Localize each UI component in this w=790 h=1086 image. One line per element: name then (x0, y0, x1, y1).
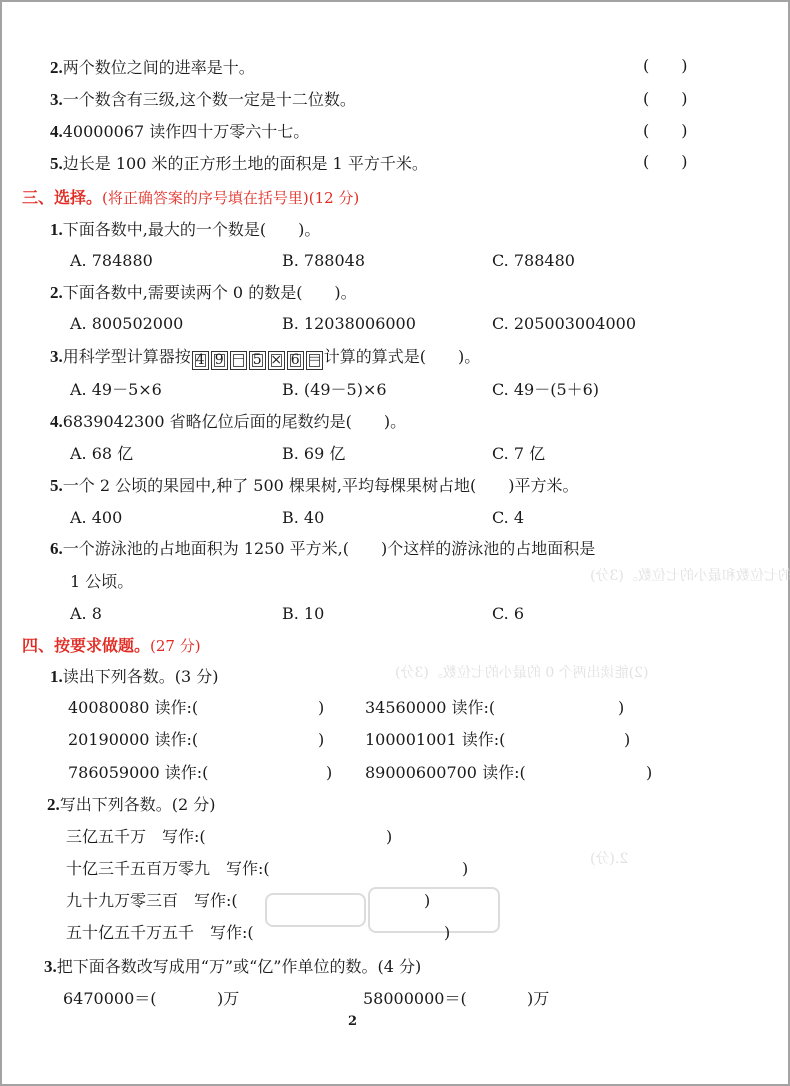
question-number: 3. (50, 347, 63, 366)
section-heading-choice: 三、选择。(将正确答案的序号填在括号里)(12 分) (22, 187, 359, 209)
question-number: 3. (44, 957, 57, 976)
option-b[interactable]: B. 788048 (282, 250, 365, 272)
judgement-item: 3.一个数含有三级,这个数一定是十二位数。 (50, 89, 356, 111)
item-number: 3. (50, 90, 63, 109)
calculator-key-4: 4 (192, 351, 209, 370)
answer-blank-close[interactable]: ) (386, 826, 392, 848)
read-number-item: 100001001 读作:( (365, 729, 505, 751)
answer-blank-close[interactable]: )万 (527, 988, 549, 1010)
bleed-through-speech-bubble (368, 887, 500, 933)
option-c[interactable]: C. 7 亿 (492, 443, 545, 465)
item-text: 边长是 100 米的正方形土地的面积是 1 平方千米。 (63, 154, 428, 173)
section-title: 四、按要求做题。 (22, 636, 150, 655)
item-text: 一个数含有三级,这个数一定是十二位数。 (63, 90, 356, 109)
task-question: 3.把下面各数改写成用“万”或“亿”作单位的数。(4 分) (44, 956, 421, 978)
calculator-key-9: 9 (211, 351, 228, 370)
answer-bracket[interactable]: ( ) (643, 151, 688, 173)
option-b[interactable]: B. 40 (282, 507, 324, 529)
calculator-key-minus: － (230, 351, 247, 370)
answer-blank-close[interactable]: ) (318, 729, 324, 751)
read-number-item: 786059000 读作:( (68, 762, 208, 784)
section-heading-tasks: 四、按要求做题。(27 分) (22, 635, 201, 657)
question-text: 一个 2 公顷的果园中,种了 500 棵果树,平均每棵果树占地( )平方米。 (63, 476, 579, 495)
option-b[interactable]: B. 69 亿 (282, 443, 345, 465)
option-a[interactable]: A. 68 亿 (70, 443, 133, 465)
question-number: 6. (50, 539, 63, 558)
calculator-key-equals: ＝ (306, 351, 323, 370)
choice-question: 2.下面各数中,需要读两个 0 的数是( )。 (50, 282, 357, 304)
question-text: 一个游泳池的占地面积为 1250 平方米,( )个这样的游泳池的占地面积是 (63, 539, 595, 558)
calculator-key-multiply: × (268, 351, 285, 370)
item-number: 5. (50, 154, 63, 173)
answer-blank-close[interactable]: ) (646, 762, 652, 784)
option-c[interactable]: C. 49－(5＋6) (492, 379, 599, 401)
read-number-item: 89000600700 读作:( (365, 762, 526, 784)
question-number: 4. (50, 412, 63, 431)
write-number-item: 九十九万零三百 写作:( (66, 890, 238, 912)
section-note: (27 分) (150, 637, 201, 655)
question-text: 写出下列各数。(2 分) (60, 795, 216, 814)
read-number-item: 34560000 读作:( (365, 697, 495, 719)
question-number: 1. (50, 667, 63, 686)
write-number-item: 三亿五千万 写作:( (66, 826, 206, 848)
question-text: 计算的算式是( )。 (324, 347, 481, 366)
write-number-item: 十亿三千五百万零九 写作:( (66, 858, 270, 880)
question-text: 读出下列各数。(3 分) (63, 667, 219, 686)
item-text: 两个数位之间的进率是十。 (63, 58, 255, 77)
question-text-continued: 1 公顷。 (70, 571, 133, 593)
answer-bracket[interactable]: ( ) (643, 88, 688, 110)
option-a[interactable]: A. 8 (70, 603, 102, 625)
option-a[interactable]: A. 800502000 (70, 313, 183, 335)
task-question: 1.读出下列各数。(3 分) (50, 666, 219, 688)
write-number-item: 五十亿五千万五千 写作:( (66, 922, 254, 944)
page-number: 2 (348, 1014, 357, 1029)
bleed-through-text: (1)最大的七位数和最小的七位数。(3分) (590, 565, 790, 585)
section-title: 三、选择。 (22, 188, 102, 207)
answer-blank-close[interactable]: ) (318, 697, 324, 719)
answer-bracket[interactable]: ( ) (643, 55, 688, 77)
answer-blank-close[interactable]: )万 (217, 988, 239, 1010)
option-b[interactable]: B. 12038006000 (282, 313, 416, 335)
rewrite-unit-item: 58000000＝( (363, 988, 467, 1010)
item-number: 4. (50, 122, 63, 141)
answer-blank-close[interactable]: ) (618, 697, 624, 719)
bleed-through-box (265, 893, 366, 927)
choice-question: 6.一个游泳池的占地面积为 1250 平方米,( )个这样的游泳池的占地面积是 (50, 538, 595, 560)
option-a[interactable]: A. 49－5×6 (70, 379, 162, 401)
section-note: (将正确答案的序号填在括号里)(12 分) (102, 189, 359, 207)
answer-bracket[interactable]: ( ) (643, 120, 688, 142)
bleed-through-text: (2)能读出两个 0 的最小的七位数。(3分) (395, 662, 648, 682)
question-number: 5. (50, 476, 63, 495)
judgement-item: 4.40000067 读作四十万零六十七。 (50, 121, 309, 143)
choice-question: 1.下面各数中,最大的一个数是( )。 (50, 219, 320, 241)
question-text: 6839042300 省略亿位后面的尾数约是( )。 (63, 412, 406, 431)
item-text: 40000067 读作四十万零六十七。 (63, 122, 310, 141)
question-number: 2. (47, 795, 60, 814)
option-c[interactable]: C. 4 (492, 507, 524, 529)
item-number: 2. (50, 58, 63, 77)
judgement-item: 5.边长是 100 米的正方形土地的面积是 1 平方千米。 (50, 153, 428, 175)
judgement-item: 2.两个数位之间的进率是十。 (50, 57, 255, 79)
question-text: 下面各数中,最大的一个数是( )。 (63, 220, 321, 239)
question-text: 把下面各数改写成用“万”或“亿”作单位的数。(4 分) (57, 957, 421, 976)
choice-question: 4.6839042300 省略亿位后面的尾数约是( )。 (50, 411, 406, 433)
question-number: 2. (50, 283, 63, 302)
option-a[interactable]: A. 784880 (70, 250, 153, 272)
choice-question: 3.用科学型计算器按49－5×6＝计算的算式是( )。 (50, 346, 480, 370)
option-c[interactable]: C. 788480 (492, 250, 575, 272)
answer-blank-close[interactable]: ) (424, 890, 430, 912)
option-c[interactable]: C. 6 (492, 603, 524, 625)
question-number: 1. (50, 220, 63, 239)
question-text: 下面各数中,需要读两个 0 的数是( )。 (63, 283, 357, 302)
read-number-item: 20190000 读作:( (68, 729, 198, 751)
task-question: 2.写出下列各数。(2 分) (47, 794, 216, 816)
answer-blank-close[interactable]: ) (326, 762, 332, 784)
read-number-item: 40080080 读作:( (68, 697, 198, 719)
answer-blank-close[interactable]: ) (444, 922, 450, 944)
calculator-key-6: 6 (287, 351, 304, 370)
option-b[interactable]: B. 10 (282, 603, 324, 625)
question-text: 用科学型计算器按 (63, 347, 191, 366)
calculator-key-5: 5 (249, 351, 266, 370)
answer-blank-close[interactable]: ) (462, 858, 468, 880)
bleed-through-text: 2.(分) (590, 848, 628, 868)
option-b[interactable]: B. (49－5)×6 (282, 379, 387, 401)
option-a[interactable]: A. 400 (70, 507, 122, 529)
rewrite-unit-item: 6470000＝( (63, 988, 157, 1010)
option-c[interactable]: C. 205003004000 (492, 313, 636, 335)
choice-question: 5.一个 2 公顷的果园中,种了 500 棵果树,平均每棵果树占地( )平方米。 (50, 475, 578, 497)
answer-blank-close[interactable]: ) (624, 729, 630, 751)
